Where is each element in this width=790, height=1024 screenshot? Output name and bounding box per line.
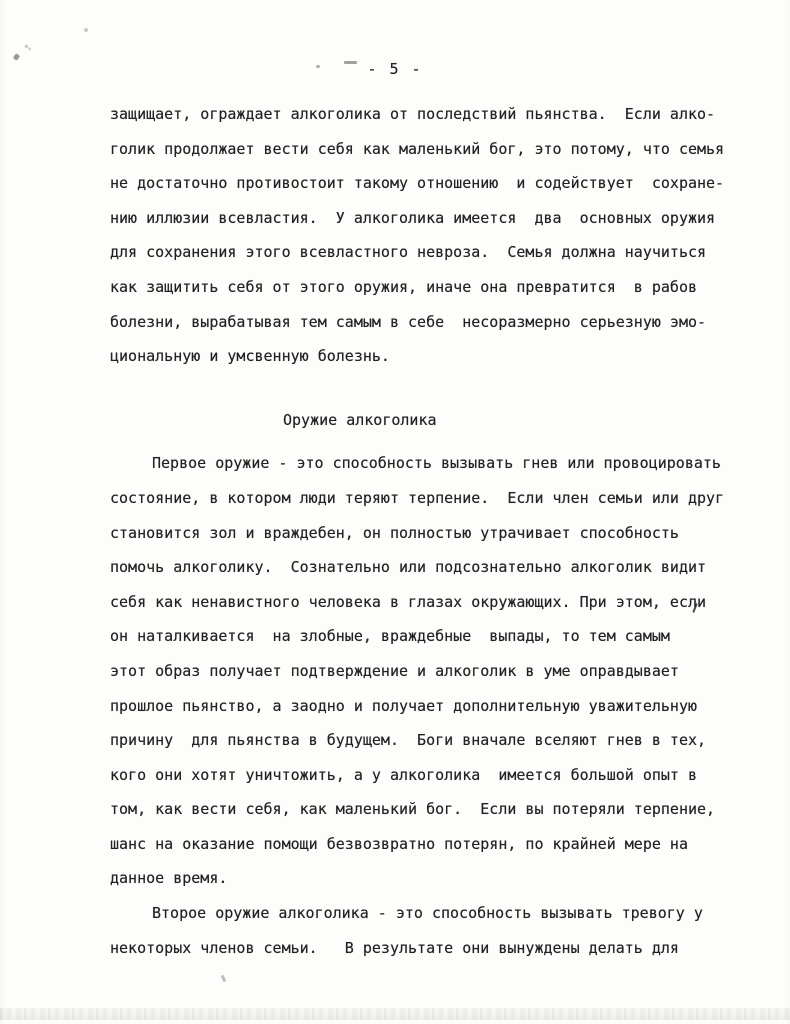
text-line: прошлое пьянство, а заодно и получает до… bbox=[110, 689, 770, 724]
scan-artifact-speck bbox=[84, 28, 88, 32]
text-line: этот образ получает подтверждение и алко… bbox=[110, 654, 770, 689]
scanned-document-page: - 5 - защищает, ограждает алкоголика от … bbox=[0, 0, 790, 1024]
text-line: не достаточно противостоит такому отноше… bbox=[110, 166, 770, 201]
page-text-block: защищает, ограждает алкоголика от послед… bbox=[110, 97, 770, 965]
text-line: Второе оружие алкоголика - это способнос… bbox=[110, 896, 770, 931]
scan-edge-band bbox=[0, 1008, 790, 1020]
text-line: циональную и умсвенную болезнь. bbox=[110, 339, 770, 374]
text-line: данное время. bbox=[110, 861, 770, 896]
text-line: причину для пьянства в будущем. Боги вна… bbox=[110, 723, 770, 758]
paragraph-1: защищает, ограждает алкоголика от послед… bbox=[110, 97, 770, 374]
paragraph-3: Второе оружие алкоголика - это способнос… bbox=[110, 896, 770, 965]
text-line: как защитить себя от этого оружия, иначе… bbox=[110, 270, 770, 305]
text-line: голик продолжает вести себя как маленьки… bbox=[110, 132, 770, 167]
text-line: Первое оружие - это способность вызывать… bbox=[110, 446, 770, 481]
scan-artifact-speck bbox=[24, 44, 32, 52]
text-line: помочь алкоголику. Сознательно или подсо… bbox=[110, 550, 770, 585]
text-line: кого они хотят уничтожить, а у алкоголик… bbox=[110, 758, 770, 793]
text-line: для сохранения этого всевластного невроз… bbox=[110, 235, 770, 270]
text-line: шанс на оказание помощи безвозвратно пот… bbox=[110, 827, 770, 862]
text-line: становится зол и враждебен, он полностью… bbox=[110, 516, 770, 551]
page-number: - 5 - bbox=[0, 60, 790, 78]
text-line: нию иллюзии всевластия. У алкоголика име… bbox=[110, 201, 770, 236]
scan-artifact-speck bbox=[221, 975, 227, 983]
text-line: том, как вести себя, как маленький бог. … bbox=[110, 792, 770, 827]
text-line: себя как ненавистного человека в глазах … bbox=[110, 585, 770, 620]
section-heading: Оружие алкоголика bbox=[283, 403, 770, 438]
text-line: некоторых членов семьи. В результате они… bbox=[110, 931, 770, 966]
text-line: состояние, в котором люди теряют терпени… bbox=[110, 481, 770, 516]
text-line: он наталкивается на злобные, враждебные … bbox=[110, 619, 770, 654]
text-line: болезни, вырабатывая тем самым в себе не… bbox=[110, 305, 770, 340]
text-line: защищает, ограждает алкоголика от послед… bbox=[110, 97, 770, 132]
paragraph-2: Первое оружие - это способность вызывать… bbox=[110, 446, 770, 896]
